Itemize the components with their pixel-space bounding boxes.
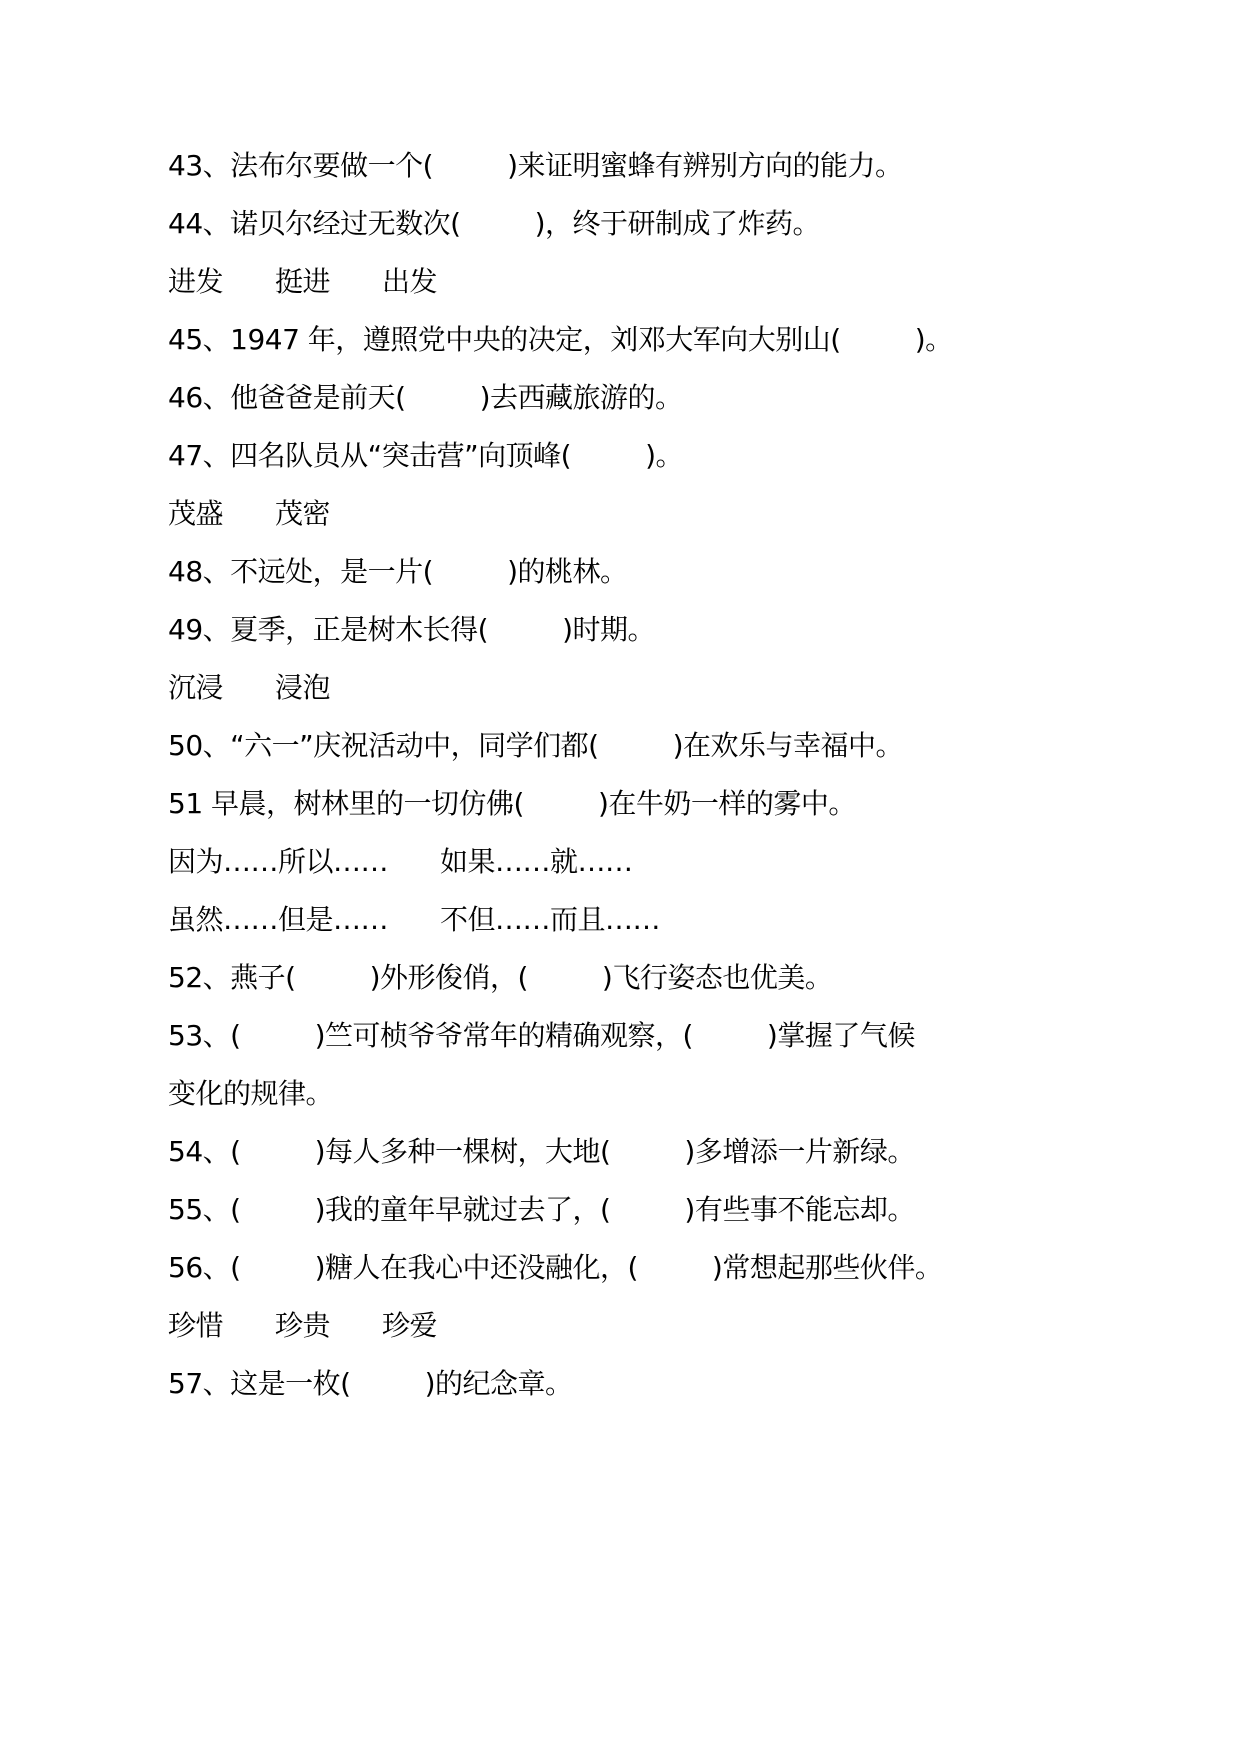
question-54: 54、()每人多种一棵树，大地()多增添一片新绿。 [168, 1126, 1088, 1184]
option-word: 如果……就…… [440, 836, 633, 888]
question-47: 47、四名队员从“突击营”向顶峰()。 [168, 430, 1088, 488]
option-word: 进发 [168, 256, 223, 308]
word-options: 茂盛茂密 [168, 488, 1088, 546]
word-options: 沉浸浸泡 [168, 662, 1088, 720]
question-55: 55、()我的童年早就过去了，()有些事不能忘却。 [168, 1184, 1088, 1242]
question-49: 49、夏季，正是树木长得()时期。 [168, 604, 1088, 662]
option-word: 沉浸 [168, 662, 223, 714]
word-options: 珍惜珍贵珍爱 [168, 1300, 1088, 1358]
question-57: 57、这是一枚()的纪念章。 [168, 1358, 1088, 1416]
option-word: 茂密 [275, 488, 330, 540]
option-word: 挺进 [275, 256, 330, 308]
question-44: 44、诺贝尔经过无数次()，终于研制成了炸药。 [168, 198, 1088, 256]
question-50: 50、“六一”庆祝活动中，同学们都()在欢乐与幸福中。 [168, 720, 1088, 778]
question-56: 56、()糖人在我心中还没融化，()常想起那些伙伴。 [168, 1242, 1088, 1300]
question-43: 43、法布尔要做一个()来证明蜜蜂有辨别方向的能力。 [168, 140, 1088, 198]
worksheet-page: 43、法布尔要做一个()来证明蜜蜂有辨别方向的能力。 44、诺贝尔经过无数次()… [168, 140, 1088, 1416]
option-word: 不但……而且…… [440, 894, 660, 946]
option-word: 珍惜 [168, 1300, 223, 1352]
conjunction-options: 虽然……但是……不但……而且…… [168, 894, 1088, 952]
option-word: 珍爱 [382, 1300, 437, 1352]
option-word: 虽然……但是…… [168, 894, 388, 946]
question-46: 46、他爸爸是前天()去西藏旅游的。 [168, 372, 1088, 430]
question-48: 48、不远处，是一片()的桃林。 [168, 546, 1088, 604]
question-53: 53、()竺可桢爷爷常年的精确观察，()掌握了气候 [168, 1010, 1088, 1068]
question-53-continued: 变化的规律。 [168, 1068, 1088, 1126]
option-word: 珍贵 [275, 1300, 330, 1352]
question-45: 45、1947 年，遵照党中央的决定，刘邓大军向大别山()。 [168, 314, 1088, 372]
option-word: 出发 [382, 256, 437, 308]
option-word: 茂盛 [168, 488, 223, 540]
option-word: 因为……所以…… [168, 836, 388, 888]
question-51: 51 早晨，树林里的一切仿佛()在牛奶一样的雾中。 [168, 778, 1088, 836]
question-52: 52、燕子()外形俊俏，()飞行姿态也优美。 [168, 952, 1088, 1010]
word-options: 进发挺进出发 [168, 256, 1088, 314]
conjunction-options: 因为……所以……如果……就…… [168, 836, 1088, 894]
option-word: 浸泡 [275, 662, 330, 714]
